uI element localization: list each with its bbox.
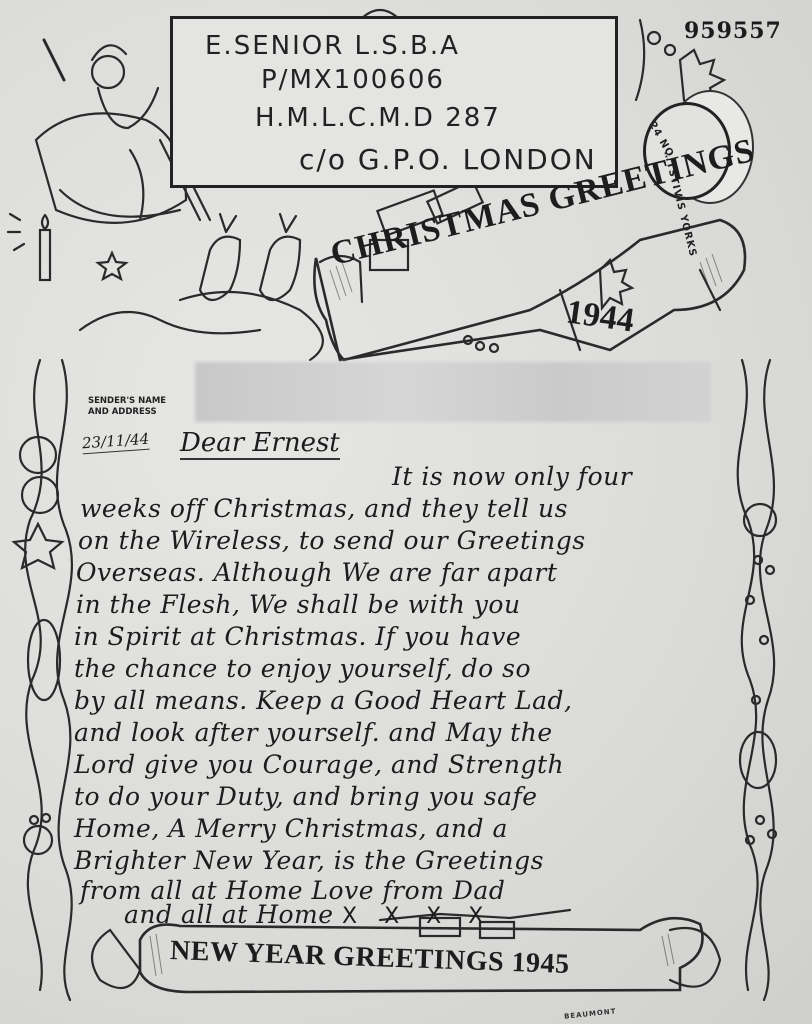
- recipient-address-box: E.SENIOR L.S.B.A P/MX100606 H.M.L.C.M.D …: [170, 16, 618, 188]
- letter-line: Overseas. Although We are far apart: [76, 558, 557, 587]
- letter-line: in Spirit at Christmas. If you have: [74, 622, 521, 651]
- sender-label-line1: SENDER'S NAME: [88, 396, 166, 407]
- letter-line: on the Wireless, to send our Greetings: [78, 526, 586, 555]
- kisses: X X X X: [342, 904, 493, 929]
- closing-text: and all at Home: [124, 900, 334, 929]
- letter-line: in the Flesh, We shall be with you: [76, 590, 521, 619]
- salutation-text: Dear Ernest: [180, 428, 340, 460]
- letter-line: Brighter New Year, is the Greetings: [74, 846, 544, 875]
- letter-line: Home, A Merry Christmas, and a: [74, 814, 508, 843]
- address-post-office: c/o G.P.O. LONDON: [299, 143, 597, 176]
- letter-salutation: Dear Ernest: [180, 428, 340, 458]
- serial-number: 959557: [684, 18, 782, 44]
- greeting-letter: E.SENIOR L.S.B.A P/MX100606 H.M.L.C.M.D …: [0, 0, 812, 1024]
- letter-line: and look after yourself. and May the: [74, 718, 553, 747]
- sender-label-line2: AND ADDRESS: [88, 407, 166, 418]
- letter-line: the chance to enjoy yourself, do so: [74, 654, 531, 683]
- sender-label: SENDER'S NAME AND ADDRESS: [88, 396, 166, 418]
- redacted-sender-address: [195, 362, 711, 422]
- letter-date: 23/11/44: [81, 430, 150, 455]
- letter-line: Lord give you Courage, and Strength: [74, 750, 564, 779]
- address-service-number: P/MX100606: [261, 65, 445, 95]
- letter-line: weeks off Christmas, and they tell us: [80, 494, 568, 523]
- christmas-banner-year: 1944: [564, 293, 637, 340]
- letter-closing-line: and all at Home X X X X: [124, 900, 493, 929]
- letter-line: It is now only four: [392, 462, 632, 491]
- artist-signature: BEAUMONT: [564, 1007, 617, 1020]
- letter-line: to do your Duty, and bring you safe: [74, 782, 538, 811]
- address-ship: H.M.L.C.M.D 287: [255, 103, 501, 133]
- address-name-rank: E.SENIOR L.S.B.A: [205, 31, 460, 61]
- new-year-greetings-banner: NEW YEAR GREETINGS 1945: [170, 935, 571, 981]
- letter-line: by all means. Keep a Good Heart Lad,: [74, 686, 572, 715]
